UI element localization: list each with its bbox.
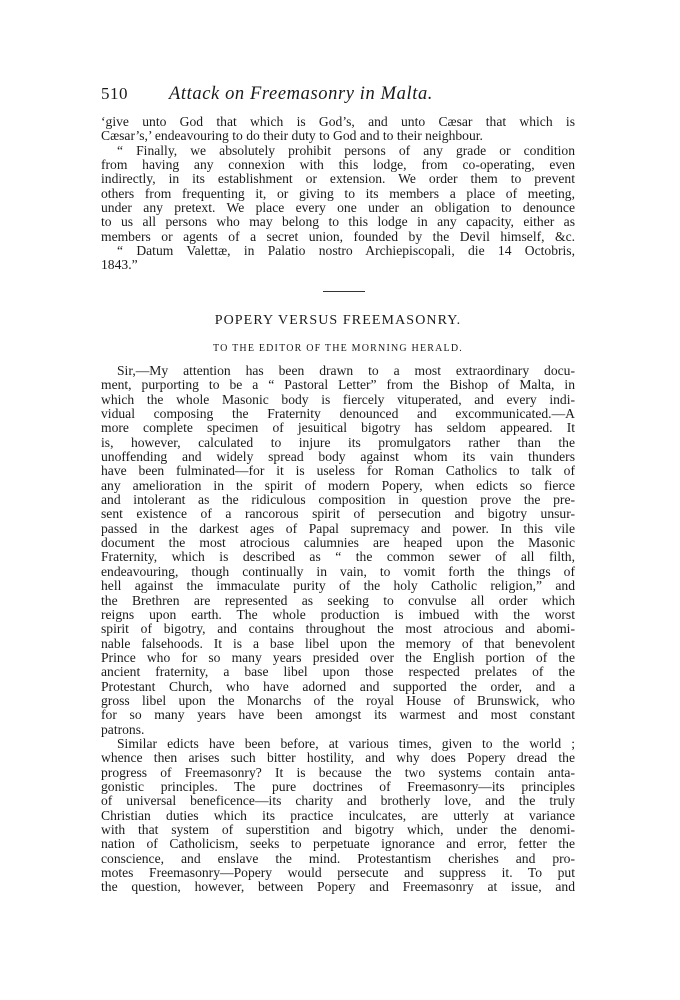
- text-line: more complete specimen of jesuitical big…: [101, 421, 575, 435]
- text-line: to us all persons who may belong to this…: [101, 215, 575, 229]
- text-line: from having any connexion with this lodg…: [101, 158, 575, 172]
- text-line: progress of Freemasonry? It is because t…: [101, 766, 575, 780]
- running-title: Attack on Freemasonry in Malta.: [169, 84, 433, 105]
- text-line: and intolerant as the ridiculous composi…: [101, 493, 575, 507]
- text-line: hell against the immaculate purity of th…: [101, 579, 575, 593]
- running-head: 510 Attack on Freemasonry in Malta.: [101, 84, 575, 106]
- text-line: whence then arises such bitter hostility…: [101, 751, 575, 765]
- text-line: endeavouring, though continually in vain…: [101, 565, 575, 579]
- text-line: Protestant Church, who have adorned and …: [101, 680, 575, 694]
- text-line: for so many years have been amongst its …: [101, 708, 575, 722]
- text-line: Christian duties which its practice incu…: [101, 809, 575, 823]
- text-line: ‘give unto God that which is God’s, and …: [101, 115, 575, 129]
- text-line: which the whole Masonic body is fiercely…: [101, 393, 575, 407]
- text-line: gross libel upon the Monarchs of the roy…: [101, 694, 575, 708]
- text-line: indirectly, in its establishment or exte…: [101, 172, 575, 186]
- text-line: Similar edicts have been before, at vari…: [101, 737, 575, 751]
- text-line: members or agents of a secret union, fou…: [101, 230, 575, 244]
- text-line: the Brethren are represented as seeking …: [101, 594, 575, 608]
- text-line: “ Finally, we absolutely prohibit person…: [101, 144, 575, 158]
- text-line: ancient fraternity, a base libel upon th…: [101, 665, 575, 679]
- text-line: Fraternity, which is described as “ the …: [101, 550, 575, 564]
- text-line: ment, purporting to be a “ Pastoral Lett…: [101, 378, 575, 392]
- text-line: “ Datum Valettæ, in Palatio nostro Archi…: [101, 244, 575, 258]
- text-line: Cæsar’s,’ endeavouring to do their duty …: [101, 129, 575, 143]
- text-line: Sir,—My attention has been drawn to a mo…: [101, 364, 575, 378]
- text-line: vidual composing the Fraternity denounce…: [101, 407, 575, 421]
- text-line: document the most atrocious calumnies ar…: [101, 536, 575, 550]
- text-line: patrons.: [101, 723, 575, 737]
- text-line: under any pretext. We place every one un…: [101, 201, 575, 215]
- text-line: of universal beneficence—its charity and…: [101, 794, 575, 808]
- text-line: spirit of bigotry, and contains througho…: [101, 622, 575, 636]
- text-line: motes Freemasonry—Popery would persecute…: [101, 866, 575, 880]
- text-line: reigns upon earth. The whole production …: [101, 608, 575, 622]
- text-line: 1843.”: [101, 258, 575, 272]
- letter-to-editor: Sir,—My attention has been drawn to a mo…: [101, 364, 575, 895]
- text-line: with that system of superstition and big…: [101, 823, 575, 837]
- text-line: others from frequenting it, or giving to…: [101, 187, 575, 201]
- text-line: sent existence of a rancorous spirit of …: [101, 507, 575, 521]
- section-title: POPERY VERSUS FREEMASONRY.: [101, 313, 575, 329]
- text-line: is, however, calculated to injure its pr…: [101, 436, 575, 450]
- section-divider: [323, 291, 365, 292]
- text-line: nable falsehoods. It is a base libel upo…: [101, 637, 575, 651]
- text-line: conscience, and enslave the mind. Protes…: [101, 852, 575, 866]
- text-line: gonistic principles. The pure doctrines …: [101, 780, 575, 794]
- text-line: any amelioration in the spirit of modern…: [101, 479, 575, 493]
- page-number: 510: [101, 84, 128, 104]
- text-line: nation of Catholicism, seeks to perpetua…: [101, 837, 575, 851]
- text-line: passed in the darkest ages of Papal supr…: [101, 522, 575, 536]
- section-subtitle: TO THE EDITOR OF THE MORNING HERALD.: [101, 343, 575, 354]
- text-line: unoffending and widely spread body again…: [101, 450, 575, 464]
- quoted-pastoral-letter: ‘give unto God that which is God’s, and …: [101, 115, 575, 273]
- text-line: Prince who for so many years presided ov…: [101, 651, 575, 665]
- text-line: have been fulminated—for it is useless f…: [101, 464, 575, 478]
- text-line: the question, however, between Popery an…: [101, 880, 575, 894]
